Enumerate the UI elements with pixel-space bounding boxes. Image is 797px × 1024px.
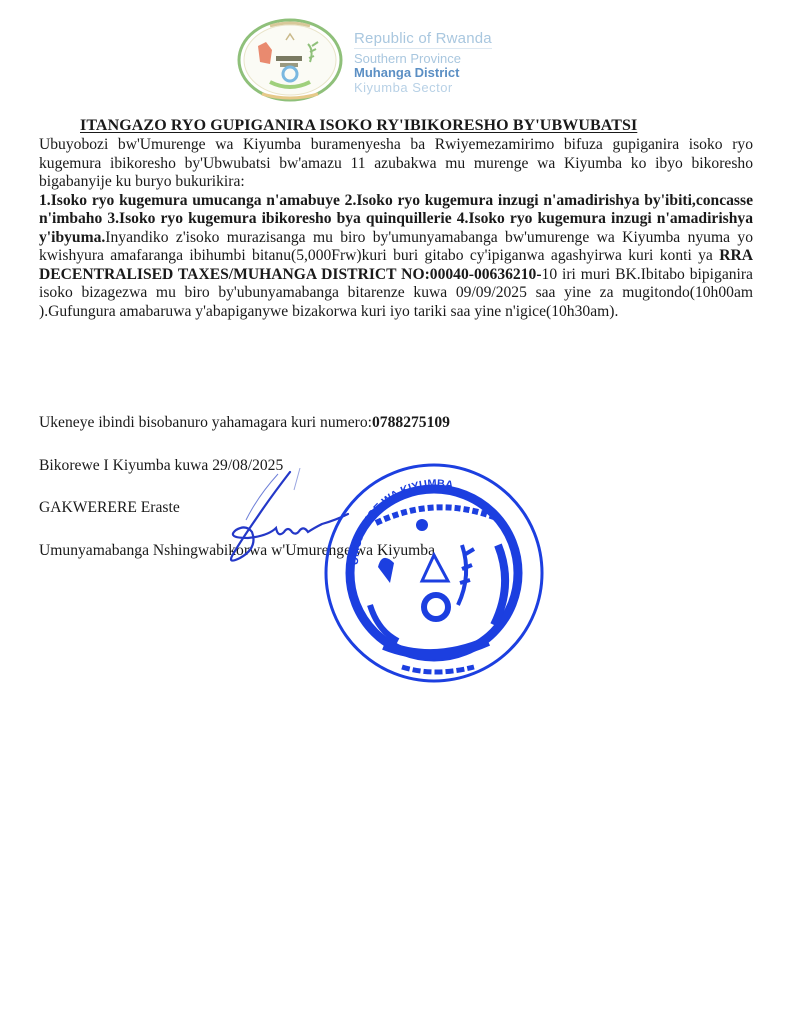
province-name: Southern Province [354,52,492,66]
contact-label: Ukeneye ibindi bisobanuro yahamagara kur… [39,414,372,431]
document-title: ITANGAZO RYO GUPIGANIRA ISOKO RY'IBIKORE… [80,117,637,135]
body-intro: Ubuyobozi bw'Umurenge wa Kiyumba buramen… [39,136,753,190]
country-name: Republic of Rwanda [354,30,492,49]
district-name: Muhanga District [354,66,492,80]
letterhead: Republic of Rwanda Southern Province Muh… [236,16,536,108]
official-stamp-icon: UMURENGE WA KIYUMBA [318,455,550,685]
contact-line: Ukeneye ibindi bisobanuro yahamagara kur… [39,414,450,432]
rwanda-coat-of-arms-icon [236,16,344,104]
sector-name: Kiyumba Sector [354,80,492,96]
letterhead-text: Republic of Rwanda Southern Province Muh… [354,30,492,96]
document-body: Ubuyobozi bw'Umurenge wa Kiyumba buramen… [39,136,753,321]
contact-number: 0788275109 [372,414,450,431]
body-instructions-1: Inyandiko z'isoko murazisanga mu biro by… [39,229,753,265]
bank-account-suffix: 10 [542,266,558,283]
signer-name: GAKWERERE Eraste [39,499,180,517]
